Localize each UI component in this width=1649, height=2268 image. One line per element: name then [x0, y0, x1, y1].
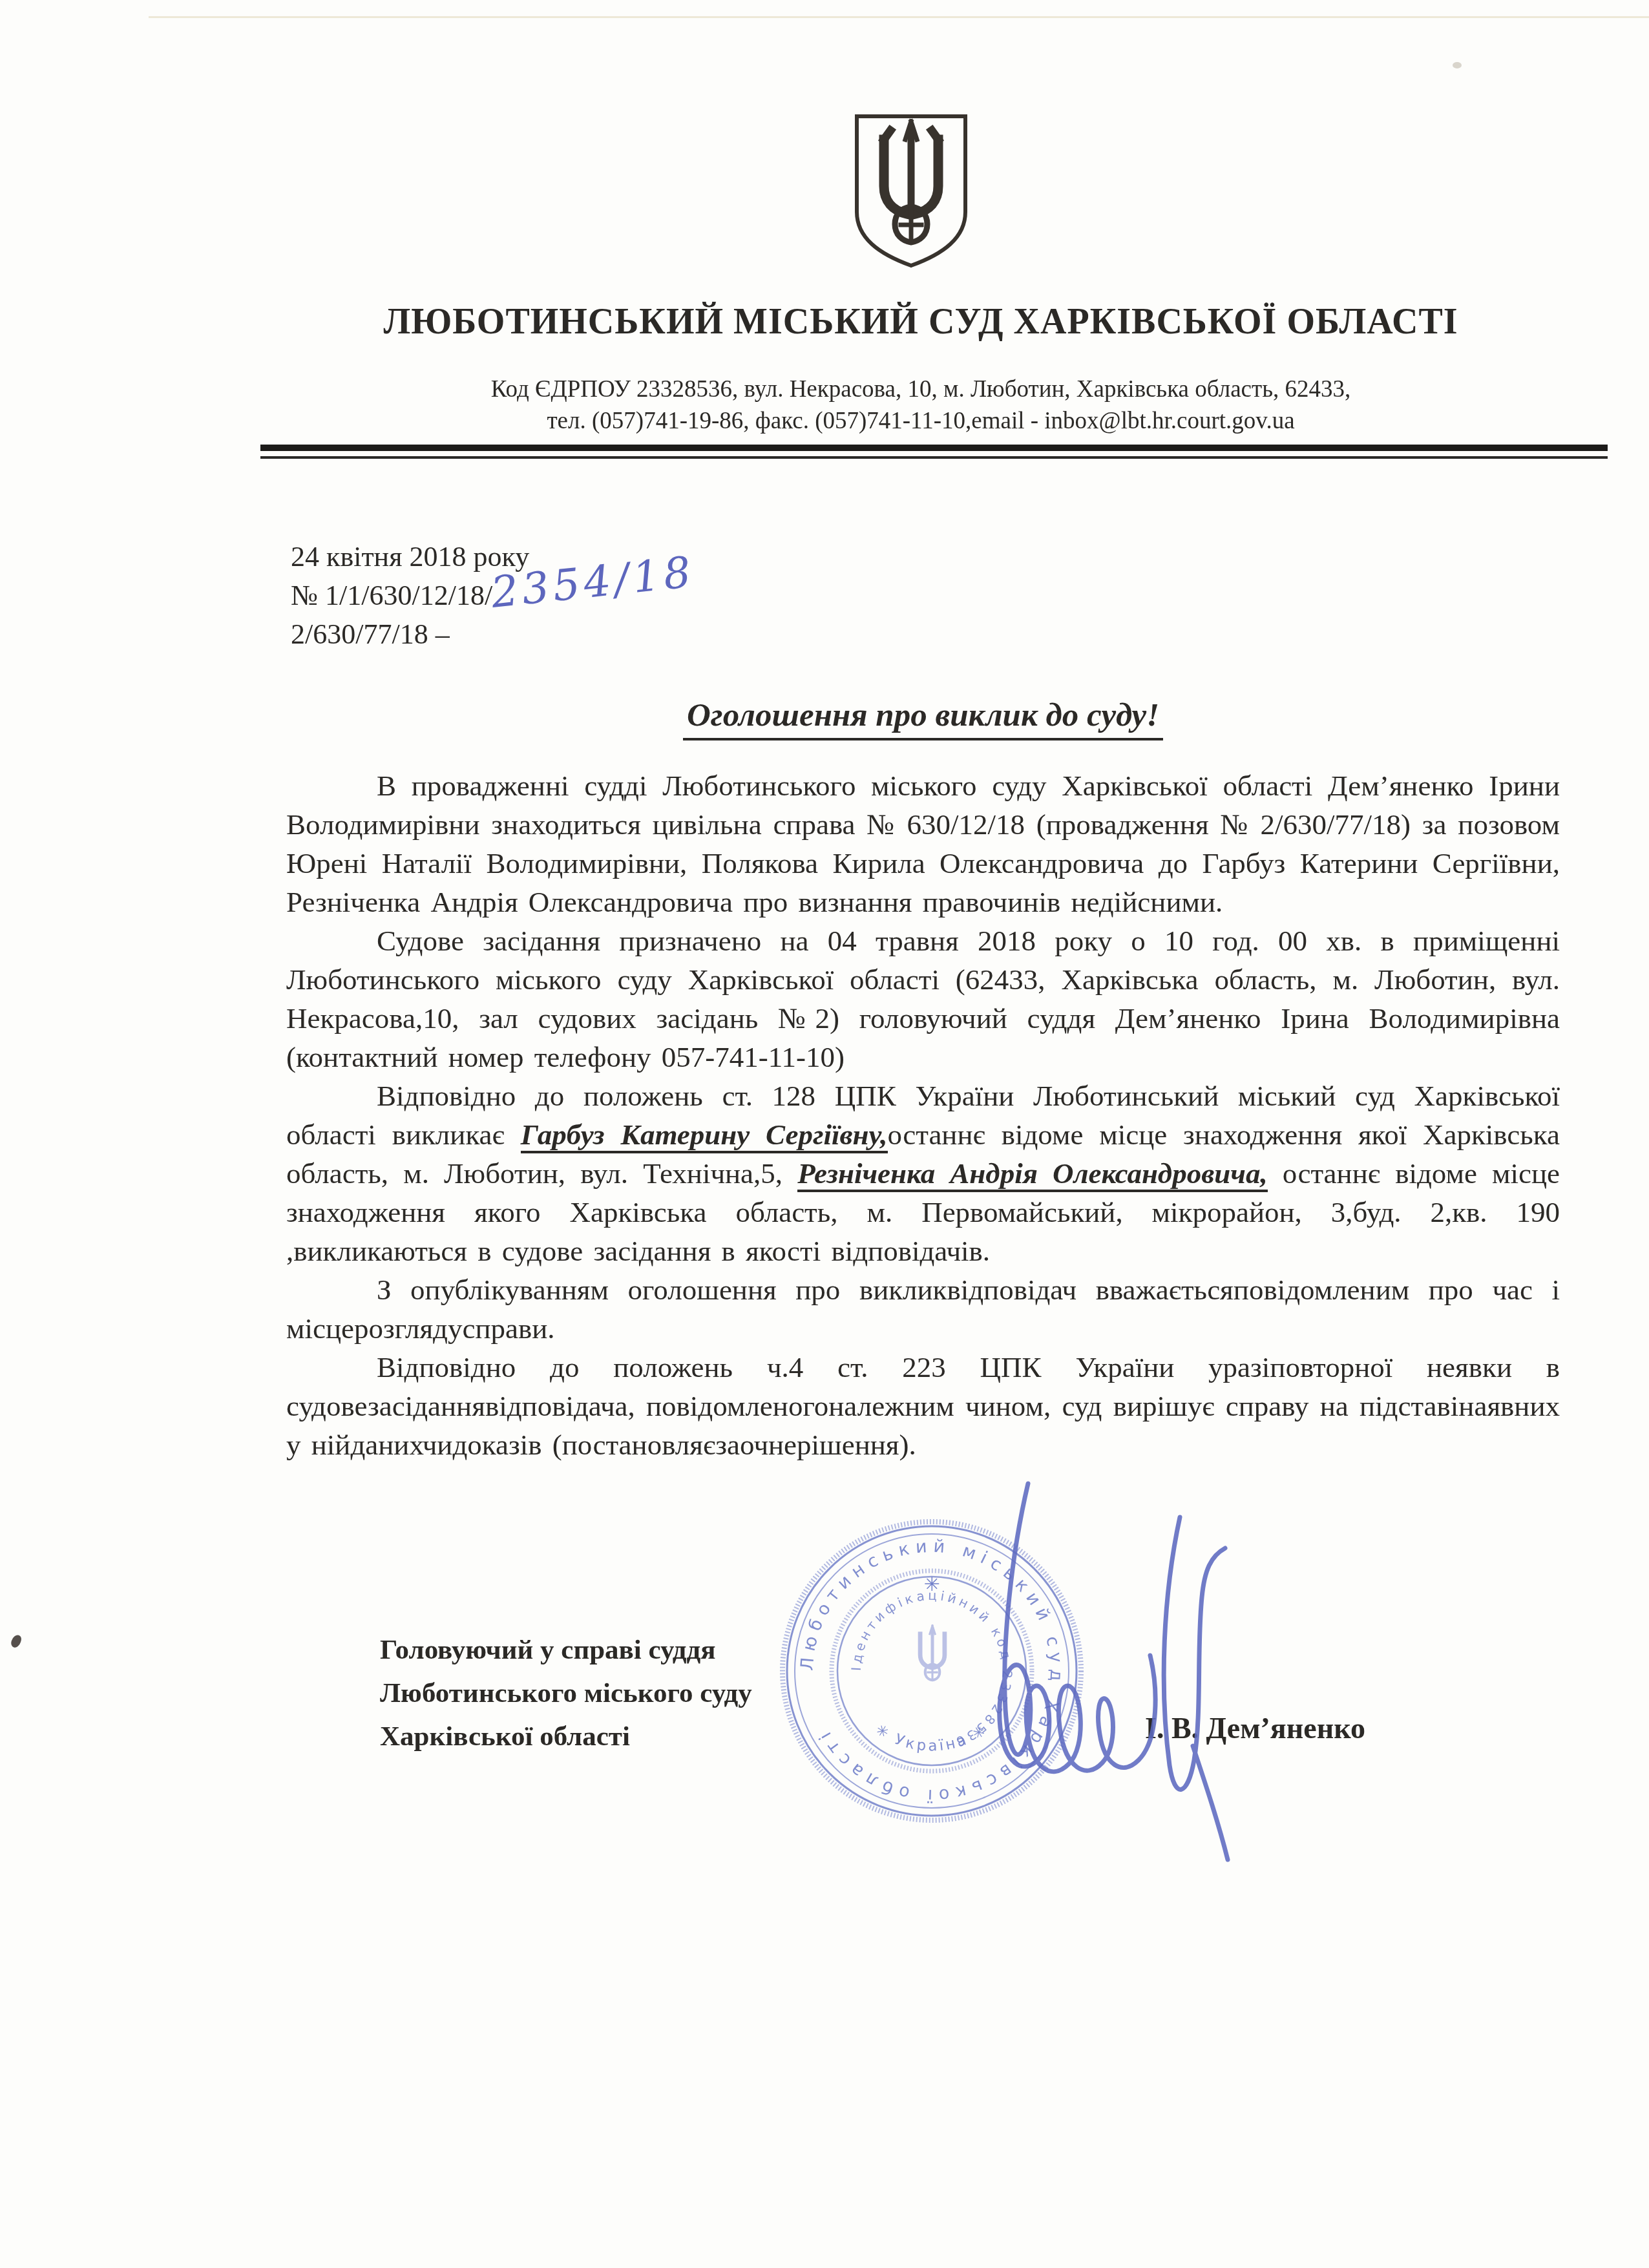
paragraph-4: З опублікуванням оголошення про викликві… — [286, 1270, 1560, 1348]
ukraine-trident-emblem-icon — [846, 109, 976, 273]
address-line-2: тел. (057)741-19-86, факс. (057)741-11-1… — [246, 405, 1596, 437]
signature-line-3: Харківської області — [380, 1715, 752, 1758]
court-name: ЛЮБОТИНСЬКИЙ МІСЬКИЙ СУД ХАРКІВСЬКОЇ ОБЛ… — [246, 301, 1596, 342]
case-number-line: № 1/1/630/12/18/2354/18 — [291, 576, 697, 615]
signature-line-1: Головуючий у справі суддя — [380, 1628, 752, 1672]
judge-pen-signature — [831, 1475, 1270, 1888]
address-line-1: Код ЄДРПОУ 23328536, вул. Некрасова, 10,… — [246, 373, 1596, 405]
document-body: В провадженні судді Люботинського місько… — [286, 766, 1560, 1464]
paragraph-3: Відповідно до положень ст. 128 ЦПК Украї… — [286, 1076, 1560, 1270]
signature-block: Головуючий у справі суддя Люботинського … — [380, 1628, 752, 1758]
paragraph-1: В провадженні судді Люботинського місько… — [286, 766, 1560, 921]
paragraph-2: Судове засідання призначено на 04 травня… — [286, 921, 1560, 1076]
paragraph-5: Відповідно до положень ч.4 ст. 223 ЦПК У… — [286, 1348, 1560, 1464]
signature-line-2: Люботинського міського суду — [380, 1672, 752, 1715]
court-address: Код ЄДРПОУ 23328536, вул. Некрасова, 10,… — [246, 373, 1596, 437]
scan-edge-line — [149, 16, 1649, 18]
defendant-name-1: Гарбуз Катерину Сергіївну, — [521, 1118, 888, 1153]
case-number-handwritten: 2354/18 — [490, 559, 696, 606]
scanned-court-document-page: ЛЮБОТИНСЬКИЙ МІСЬКИЙ СУД ХАРКІВСЬКОЇ ОБЛ… — [0, 0, 1649, 2268]
signature-strokes — [1000, 1484, 1228, 1860]
scan-speck — [1453, 62, 1462, 68]
letterhead-rule-thick — [260, 445, 1608, 451]
letterhead-rule-thin — [260, 456, 1608, 459]
document-title: Оголошення про виклик до суду! — [683, 697, 1163, 740]
case-number-line-2: 2/630/77/18 – — [291, 615, 697, 654]
reference-block: 24 квітня 2018 року № 1/1/630/12/18/2354… — [291, 538, 697, 654]
title-row: Оголошення про виклик до суду! — [286, 697, 1560, 740]
case-number-printed: № 1/1/630/12/18/ — [291, 580, 492, 611]
defendant-name-2: Резніченка Андрія Олександровича, — [797, 1157, 1268, 1192]
ink-speck — [10, 1633, 22, 1648]
